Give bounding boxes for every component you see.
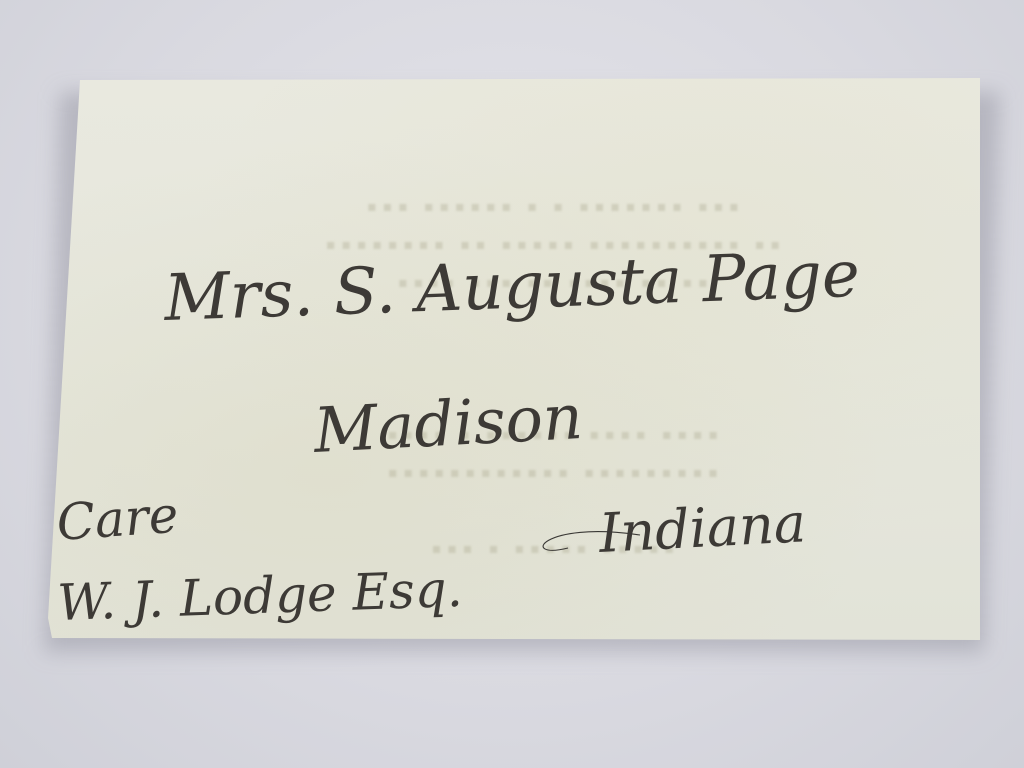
state-name: Indiana <box>596 491 807 565</box>
care-of-name: W. J. Lodge Esq. <box>56 560 463 632</box>
city-name: Madison <box>311 380 584 467</box>
handwriting-layer: Mrs. S. Augusta Page Madison Indiana Car… <box>0 0 1024 768</box>
care-of-label: Care <box>55 486 180 552</box>
recipient-name: Mrs. S. Augusta Page <box>162 238 861 336</box>
